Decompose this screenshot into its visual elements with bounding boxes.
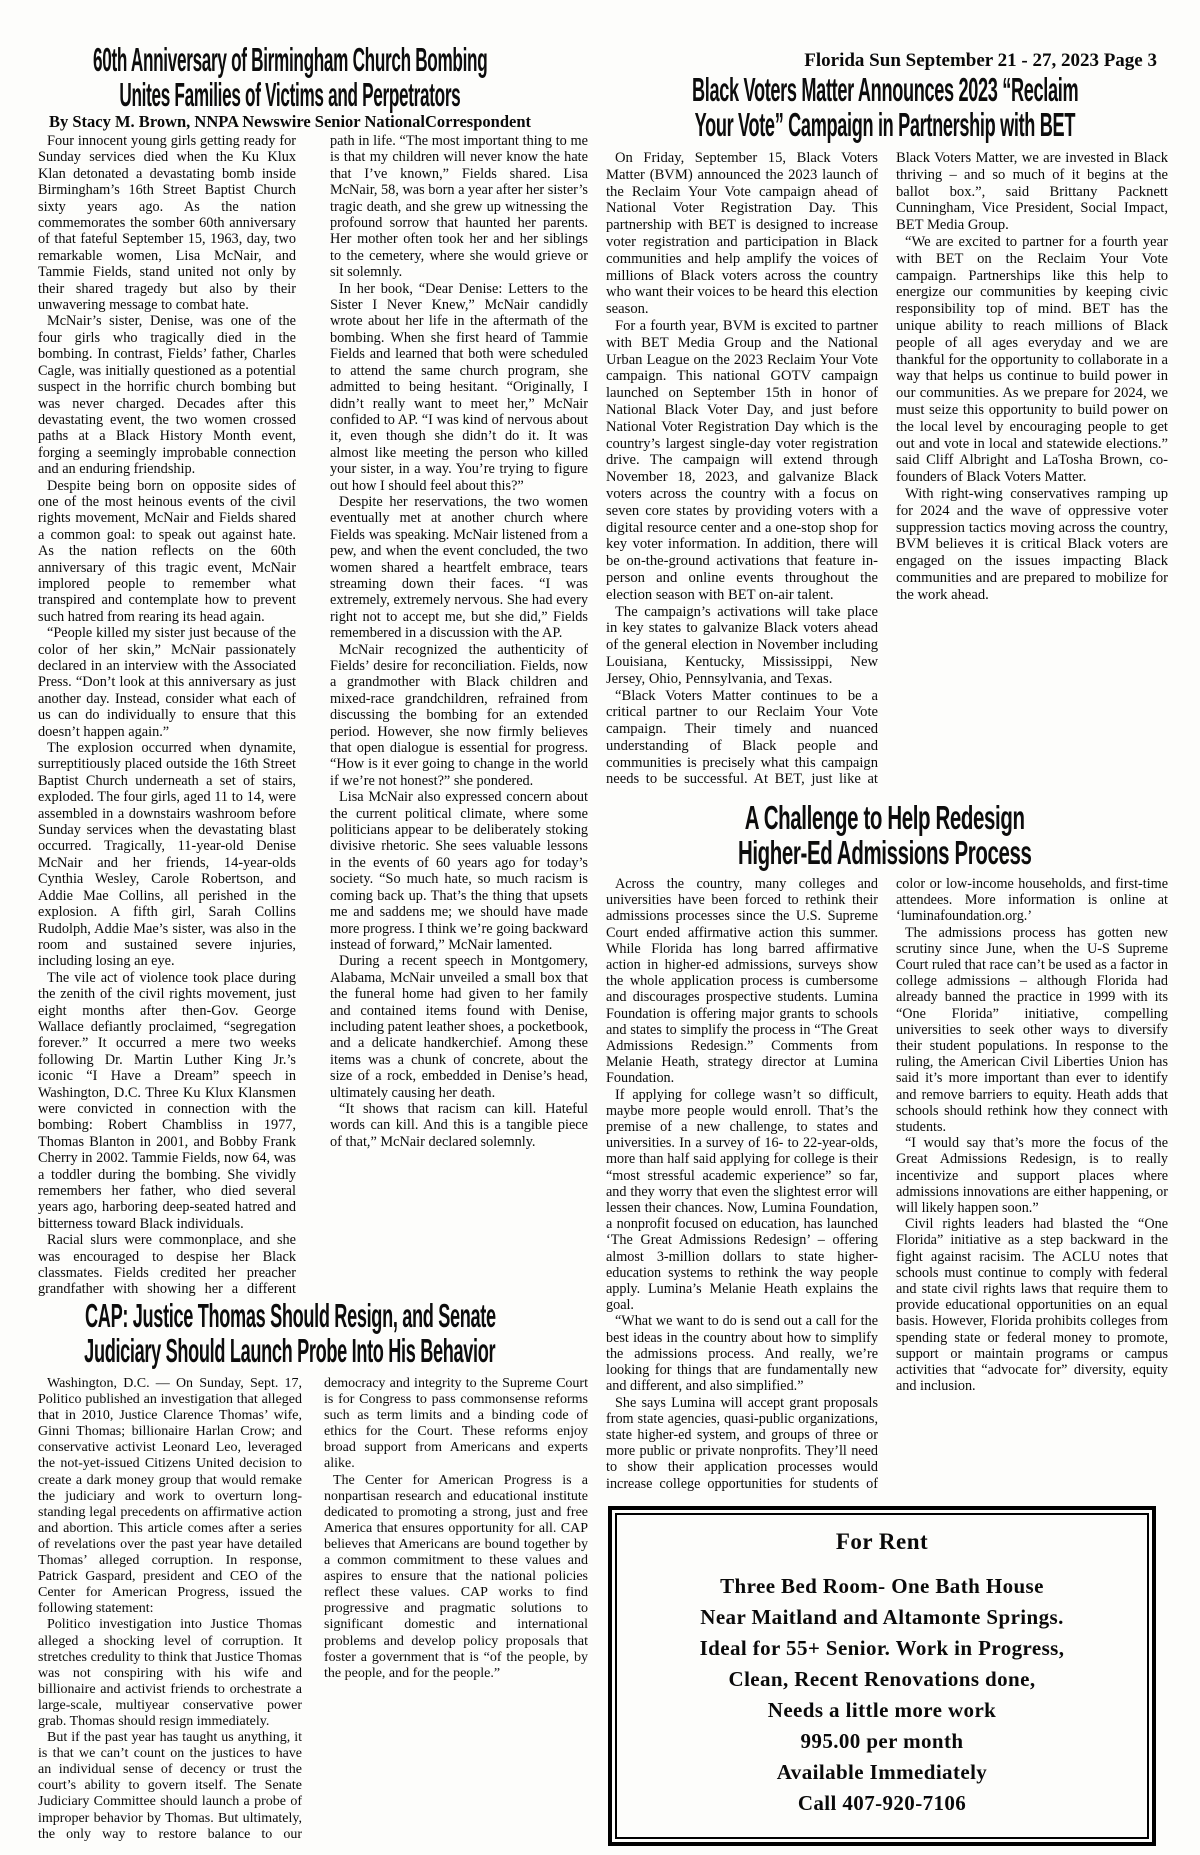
article-title: 60th Anniversary of Birmingham Church Bo… [30, 42, 550, 112]
article-title: A Challenge to Help Redesign Higher-Ed A… [600, 800, 1170, 870]
paragraph: If applying for college wasn’t so diffic… [606, 1087, 878, 1314]
headline-line: Unites Families of Victims and Perpetrat… [119, 77, 460, 112]
byline: By Stacy M. Brown, NNPA Newswire Senior … [30, 112, 550, 132]
paragraph: “It shows that racism can kill. Hateful … [330, 1101, 588, 1150]
paragraph: “I would say that’s more the focus of th… [896, 1135, 1168, 1216]
paragraph: In her book, “Dear Denise: Letters to th… [330, 281, 588, 494]
paragraph: Despite her reservations, the two women … [330, 494, 588, 642]
rental-ad-line: Three Bed Room- One Bath House [625, 1571, 1139, 1602]
headline-line: Black Voters Matter Announces 2023 “Recl… [692, 72, 1078, 107]
paragraph: “What we want to do is send out a call f… [606, 1313, 878, 1394]
paragraph: “People killed my sister just because of… [38, 625, 296, 740]
rental-ad-title: For Rent [625, 1529, 1139, 1555]
headline-line: Your Vote” Campaign in Partnership with … [695, 107, 1075, 142]
paragraph: Civil rights leaders had blasted the “On… [896, 1216, 1168, 1394]
article-body: Washington, D.C. — On Sunday, Sept. 17, … [38, 1376, 588, 1852]
paragraph: The vile act of violence took place duri… [38, 970, 296, 1233]
rental-ad-phone: Call 407-920-7106 [625, 1788, 1139, 1819]
paragraph: Four innocent young girls getting ready … [38, 133, 296, 313]
article-body: Four innocent young girls getting ready … [38, 133, 588, 1298]
paragraph: Politico investigation into Justice Thom… [38, 1617, 302, 1730]
article-title: CAP: Justice Thomas Should Resign, and S… [30, 1298, 550, 1368]
paragraph: The campaign’s activations will take pla… [606, 604, 878, 688]
paragraph: McNair’s sister, Denise, was one of the … [38, 313, 296, 477]
paragraph: During a recent speech in Montgomery, Al… [330, 953, 588, 1101]
paragraph: The Center for American Progress is a no… [324, 1473, 588, 1682]
article-body: On Friday, September 15, Black Voters Ma… [606, 150, 1168, 798]
paragraph: The explosion occurred when dynamite, su… [38, 740, 296, 970]
headline-line: Judiciary Should Launch Probe Into His B… [84, 1333, 495, 1368]
paragraph: Across the country, many colleges and un… [606, 876, 878, 1087]
newspaper-page: Florida Sun September 21 - 27, 2023 Page… [0, 0, 1200, 1855]
headline-line: 60th Anniversary of Birmingham Church Bo… [93, 42, 487, 77]
rental-ad-line: Ideal for 55+ Senior. Work in Progress, [625, 1633, 1139, 1664]
rental-ad: For Rent Three Bed Room- One Bath House … [608, 1506, 1156, 1846]
paragraph: Washington, D.C. — On Sunday, Sept. 17, … [38, 1376, 302, 1617]
rental-ad-line: Needs a little more work [625, 1695, 1139, 1726]
paragraph: McNair recognized the authenticity of Fi… [330, 642, 588, 790]
rental-ad-line: Near Maitland and Altamonte Springs. [625, 1602, 1139, 1633]
headline-line: Higher-Ed Admissions Process [738, 835, 1032, 870]
paragraph: Lisa McNair also expressed concern about… [330, 789, 588, 953]
headline-line: A Challenge to Help Redesign [745, 800, 1025, 835]
rental-ad-line: Clean, Recent Renovations done, [625, 1664, 1139, 1695]
rental-ad-inner-border: For Rent Three Bed Room- One Bath House … [615, 1513, 1149, 1839]
headline-line: CAP: Justice Thomas Should Resign, and S… [85, 1298, 496, 1333]
paragraph: “We are excited to partner for a fourth … [896, 234, 1168, 486]
paragraph: Despite being born on opposite sides of … [38, 478, 296, 626]
rental-ad-line: Available Immediately [625, 1757, 1139, 1788]
page-header: Florida Sun September 21 - 27, 2023 Page… [605, 50, 1169, 72]
article-body: Across the country, many colleges and un… [606, 876, 1168, 1502]
article-title: Black Voters Matter Announces 2023 “Recl… [600, 72, 1170, 142]
paragraph: On Friday, September 15, Black Voters Ma… [606, 150, 878, 318]
rental-ad-line: 995.00 per month [625, 1726, 1139, 1757]
paragraph: The admissions process has gotten new sc… [896, 925, 1168, 1136]
paragraph: For a fourth year, BVM is excited to par… [606, 318, 878, 604]
paragraph: With right-wing conservatives ramping up… [896, 486, 1168, 604]
